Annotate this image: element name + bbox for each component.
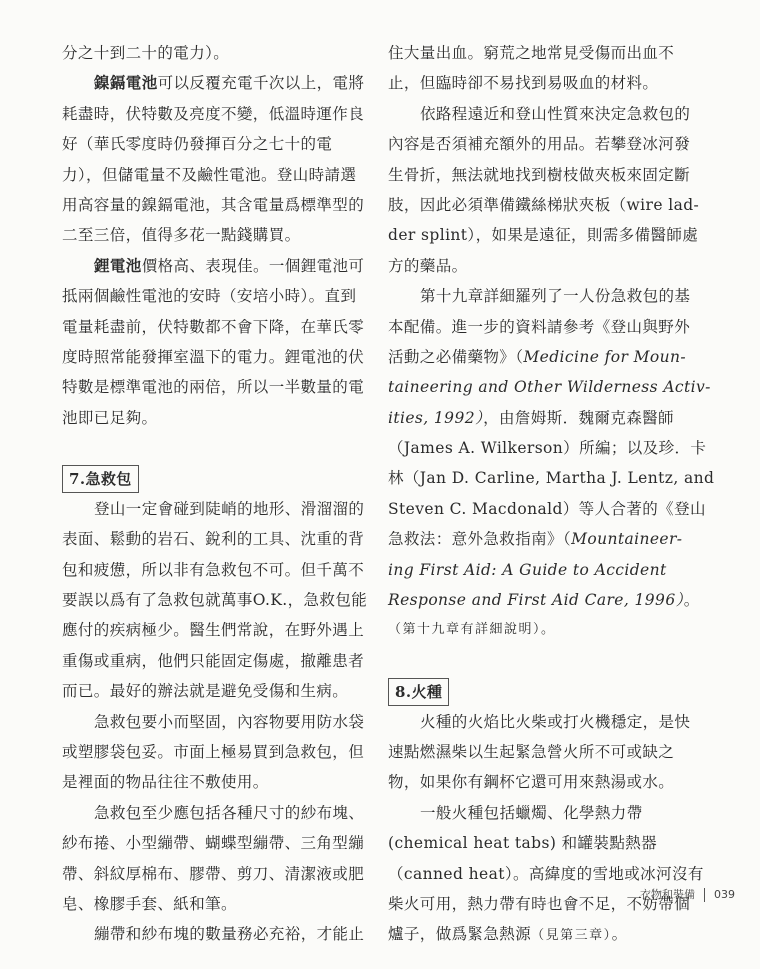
text-line: der splint），如果是遠征，則需多備醫師處: [388, 220, 708, 250]
text-line: 方的藥品。: [388, 251, 708, 281]
text-line: 要誤以爲有了急救包就萬事O.K.，急救包能: [62, 585, 374, 615]
text-line: 速點燃濕柴以生起緊急營火所不可或缺之: [388, 737, 708, 767]
chapter-name: 衣物和裝備: [640, 888, 695, 901]
text-line: 止，但臨時卻不易找到易吸血的材料。: [388, 68, 708, 98]
text-line: 內容是否須補充額外的用品。若攀登冰河發: [388, 129, 708, 159]
text-line: 度時照常能發揮室溫下的電力。鋰電池的伏: [62, 342, 374, 372]
text-line: 包和疲憊，所以非有急救包不可。但千萬不: [62, 555, 374, 585]
page-number: 039: [714, 888, 735, 901]
text-line: 物，如果你有鋼杯它還可用來熱湯或水。: [388, 767, 708, 797]
text-line: 皂、橡膠手套、紙和筆。: [62, 889, 374, 919]
text-line: 第十九章詳細羅列了一人份急救包的基: [388, 281, 708, 311]
text-line: 急救法：意外急救指南》（Mountaineer-: [388, 524, 708, 554]
text-line: （canned heat）。高緯度的雪地或冰河沒有: [388, 859, 708, 889]
text-line: Steven C. Macdonald）等人合著的《登山: [388, 494, 708, 524]
text-line: 分之十到二十的電力）。: [62, 38, 374, 68]
text-line: 表面、鬆動的岩石、銳利的工具、沈重的背: [62, 524, 374, 554]
text-line: 或塑膠袋包妥。市面上極易買到急救包，但: [62, 737, 374, 767]
text-line: ities, 1992），由詹姆斯．魏爾克森醫師: [388, 403, 708, 433]
text-line: 繃帶和紗布塊的數量務必充裕，才能止: [62, 919, 374, 949]
footer-divider: [704, 888, 705, 902]
text-line: 生骨折，無法就地找到樹枝做夾板來固定斷: [388, 160, 708, 190]
text-line: 登山一定會碰到陡峭的地形、滑溜溜的: [62, 494, 374, 524]
text-line: 急救包要小而堅固，內容物要用防水袋: [62, 707, 374, 737]
book-page: 分之十到二十的電力）。 鎳鎘電池可以反覆充電千次以上，電將 耗盡時，伏特數及亮度…: [0, 0, 760, 969]
book-title-english: Medicine for Moun-: [523, 348, 686, 366]
text-line: 爐子，做爲緊急熱源（見第三章）。: [388, 919, 708, 949]
text-line: 林（Jan D. Carline, Martha J. Lentz, and: [388, 463, 708, 493]
right-column: 住大量出血。窮荒之地常見受傷而出血不 止，但臨時卻不易找到易吸血的材料。 依路程…: [388, 38, 708, 950]
text-line: 本配備。進一步的資料請參考《登山與野外: [388, 312, 708, 342]
left-column: 分之十到二十的電力）。 鎳鎘電池可以反覆充電千次以上，電將 耗盡時，伏特數及亮度…: [62, 38, 374, 950]
text-line: ing First Aid: A Guide to Accident: [388, 555, 708, 585]
text-line: (chemical heat tabs) 和罐裝點熱器: [388, 828, 708, 858]
text-line: 應付的疾病極少。醫生們常說，在野外遇上: [62, 615, 374, 645]
text-line: 特數是標準電池的兩倍，所以一半數量的電: [62, 372, 374, 402]
text-line: 紗布捲、小型繃帶、蝴蝶型繃帶、三角型繃: [62, 828, 374, 858]
text-line: 鎳鎘電池可以反覆充電千次以上，電將: [62, 68, 374, 98]
term-lithium-battery: 鋰電池: [94, 256, 142, 275]
text-line: 一般火種包括蠟燭、化學熱力帶: [388, 798, 708, 828]
text-line: 是裡面的物品往往不敷使用。: [62, 767, 374, 797]
text-line: （James A. Wilkerson）所編；以及珍．卡: [388, 433, 708, 463]
section-heading-first-aid-kit: 7.急救包: [62, 465, 139, 493]
text-line: Response and First Aid Care, 1996）。: [388, 585, 708, 615]
text-line: 好（華氏零度時仍發揮百分之七十的電: [62, 129, 374, 159]
section-heading-fire-starter: 8.火種: [388, 678, 449, 706]
text-line: 住大量出血。窮荒之地常見受傷而出血不: [388, 38, 708, 68]
text-line: 肢，因此必須準備鐵絲梯狀夾板（wire lad-: [388, 190, 708, 220]
text-line: 帶、斜紋厚棉布、膠帶、剪刀、清潔液或肥: [62, 859, 374, 889]
text-line: 電量耗盡前，伏特數都不會下降，在華氏零: [62, 312, 374, 342]
page-footer: 衣物和裝備039: [640, 886, 735, 902]
text-line: 耗盡時，伏特數及亮度不變，低溫時運作良: [62, 99, 374, 129]
text-line: 而已。最好的辦法就是避免受傷和生病。: [62, 676, 374, 706]
text-line: 依路程遠近和登山性質來決定急救包的: [388, 99, 708, 129]
text-line: （第十九章有詳細說明）。: [388, 615, 708, 645]
book-title-english: Mountaineer-: [571, 530, 682, 548]
term-nicd-battery: 鎳鎘電池: [94, 73, 158, 92]
text-line: 抵兩個鹼性電池的安時（安培小時）。直到: [62, 281, 374, 311]
text-line: 用高容量的鎳鎘電池，其含電量爲標準型的: [62, 190, 374, 220]
text-line: 火種的火焰比火柴或打火機穩定，是快: [388, 707, 708, 737]
text-line: 急救包至少應包括各種尺寸的紗布塊、: [62, 798, 374, 828]
text-line: 活動之必備藥物》（Medicine for Moun-: [388, 342, 708, 372]
text-line: 力），但儲電量不及鹼性電池。登山時請選: [62, 160, 374, 190]
text-line: taineering and Other Wilderness Activ-: [388, 372, 708, 402]
text-line: 池即已足夠。: [62, 403, 374, 433]
text-line: 二至三倍，值得多花一點錢購買。: [62, 220, 374, 250]
text-line: 重傷或重病，他們只能固定傷處，撤離患者: [62, 646, 374, 676]
text-line: 鋰電池價格高、表現佳。一個鋰電池可: [62, 251, 374, 281]
